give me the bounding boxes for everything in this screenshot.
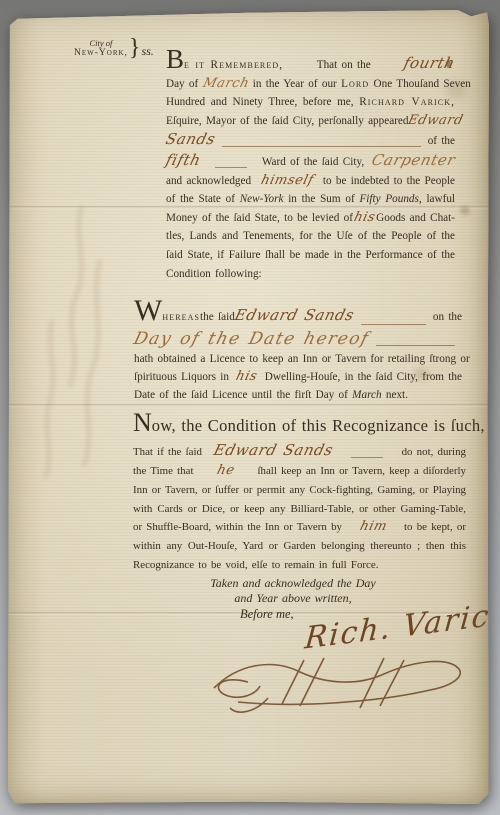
attestation-line-2: and Year above written, [128, 591, 458, 606]
handwritten-himself: himself [258, 172, 315, 191]
handwritten-he: he [215, 462, 237, 481]
handwritten-month-march: March [200, 75, 251, 94]
handwritten-ward: fifth [164, 151, 203, 170]
text-line: Hundred and Ninety Three, before me, Ric… [166, 93, 455, 112]
scilicet-abbreviation: ss. [141, 44, 153, 59]
pen-rule [215, 167, 247, 168]
show-through-writing [12, 200, 122, 540]
text-line: Money of the ſaid State, to be levied of… [166, 209, 455, 228]
text-line: Day of March in the Year of our Lord One… [166, 75, 455, 94]
attestation: Taken and acknowledged the Day and Year … [128, 576, 458, 605]
pen-rule [222, 146, 421, 147]
text-line: or Shuffle-Board, within the Inn or Tave… [133, 518, 466, 537]
signature-flourish [208, 646, 468, 726]
text-line: ſpirituous Liquors in his Dwelling-Houſe… [134, 368, 462, 386]
state-name: New-York [240, 193, 284, 205]
brace-glyph: } [129, 38, 141, 58]
text-line: Eſquire, Mayor of the ſaid City, perſona… [166, 112, 455, 131]
text-line: the Time that he ſhall keep an Inn or Ta… [133, 462, 466, 481]
handwritten-first-name: Edward [406, 112, 465, 131]
condition-heading: Now, the Condition of this Recognizance … [133, 410, 466, 441]
pen-rule [361, 324, 426, 325]
photograph-background: City of New-York, } ss. Be it Remembered… [0, 0, 500, 815]
text-line: Recognizance to be void, elſe to remain … [133, 556, 466, 575]
venue-new-york: New-York, [74, 48, 128, 58]
handwritten-date-phrase: Day of the Date hereof [131, 329, 371, 350]
attestation-line-1: Taken and acknowledged the Day [128, 576, 458, 591]
month-italic: March [352, 389, 381, 401]
text-line: hath obtained a Licence to keep an Inn o… [134, 350, 462, 368]
text-line: with Cards or Dice, or keep any Billiard… [133, 500, 466, 519]
handwritten-day-fourth: fourth [402, 54, 457, 73]
text-line: Inn or Tavern, or ſuffer or permit any C… [133, 481, 466, 500]
handwritten-licensee-name: Edward Sands [211, 441, 335, 460]
text-line: Day of the Date hereof [134, 329, 462, 350]
before-me-label: Before me, [240, 607, 294, 622]
paragraph-condition: Now, the Condition of this Recognizance … [133, 410, 466, 575]
text-line: Sands of the [166, 130, 455, 151]
handwritten-his: his [352, 209, 378, 228]
dropcap-N: N [133, 408, 152, 437]
handwritten-him: him [357, 518, 388, 537]
pen-dash [351, 457, 383, 458]
penal-sum: Fifty Pounds, [359, 193, 421, 205]
document-paper-wrap: City of New-York, } ss. Be it Remembered… [8, 10, 489, 804]
handwritten-occupation: Carpenter [369, 151, 457, 170]
handwritten-his: his [234, 368, 260, 386]
text-line: That if the ſaid Edward Sands do not, du… [133, 441, 466, 462]
text-line: fifth Ward of the ſaid City, Carpenter [166, 151, 455, 172]
paragraph-whereas: Whereas the ſaid Edward Sands on the Day… [134, 296, 462, 404]
handwritten-surname: Sands [164, 130, 218, 149]
text-line: Condition following: [166, 265, 455, 284]
paragraph-recital: Be it Remembered, That on the fourth Day… [166, 46, 455, 283]
text-line: and acknowledged himself to be indebted … [166, 172, 455, 191]
text-line: within any Out-Houſe, Yard or Garden bel… [133, 537, 466, 556]
text-line: tles, Lands and Tenements, for the Uſe o… [166, 227, 455, 246]
text-line: Whereas the ſaid Edward Sands on the [134, 296, 462, 329]
dropcap-B: B [166, 44, 184, 74]
handwritten-licensee-name: Edward Sands [232, 304, 357, 327]
dropcap-W: W [134, 294, 162, 327]
pen-rule [376, 345, 455, 346]
mayor-name: Richard Varick, [359, 96, 455, 108]
venue-city-of: City of [74, 38, 128, 48]
venue-caption: City of New-York, } ss. [74, 38, 154, 59]
text-line: of the State of New-York in the Sum of F… [166, 190, 455, 209]
text-line: Date of the ſaid Licence until the firſt… [134, 386, 462, 404]
text-line: Be it Remembered, That on the fourth [166, 46, 455, 75]
text-line: ſaid State, if Failure ſhall be made in … [166, 246, 455, 265]
document-paper: City of New-York, } ss. Be it Remembered… [8, 10, 489, 804]
